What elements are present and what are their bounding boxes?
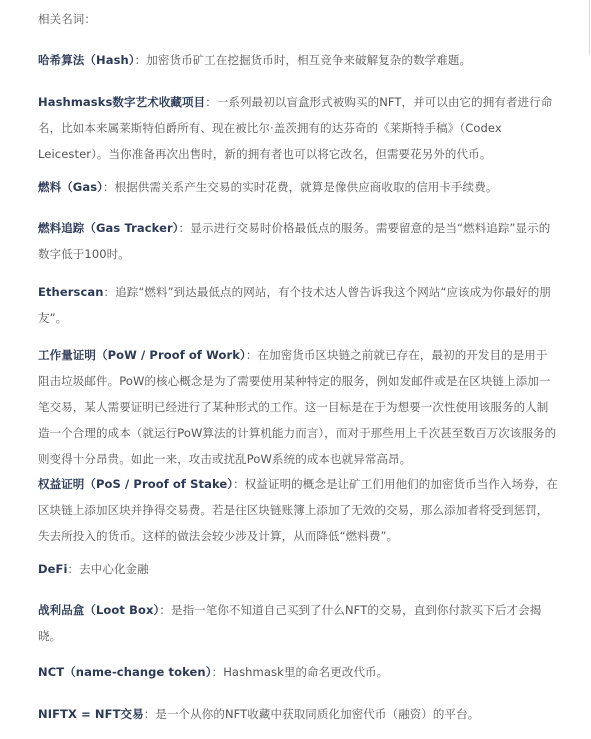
glossary-entry-etherscan: Etherscan：追踪“燃料”到达最低点的网站，有个技术达人曾告诉我这个网站“… bbox=[38, 279, 558, 331]
definition: 在加密货币区块链之前就已存在，最初的开发目的是用于阻击垃圾邮件。PoW的核心概念… bbox=[38, 348, 556, 466]
glossary-entry-pos: 权益证明（PoS / Proof of Stake）：权益证明的概念是让矿工们用… bbox=[38, 471, 558, 549]
definition: 去中心化金融 bbox=[79, 562, 149, 576]
glossary-entry-hashmasks: Hashmasks数字艺术收藏项目：一系列最初以盲盒形式被购买的NFT，并可以由… bbox=[38, 89, 558, 167]
term: Hashmasks数字艺术收藏项目 bbox=[38, 95, 205, 109]
definition: 是一个从你的NFT收藏中获取同质化加密代币（融资）的平台。 bbox=[155, 707, 479, 721]
term: DeFi bbox=[38, 562, 68, 576]
term: NCT（name-change token） bbox=[38, 665, 212, 679]
definition: 追踪“燃料”到达最低点的网站，有个技术达人曾告诉我这个网站“应该成为你最好的朋友… bbox=[38, 285, 551, 325]
definition: Hashmask里的命名更改代币。 bbox=[223, 665, 388, 679]
term: 权益证明（PoS / Proof of Stake） bbox=[38, 477, 233, 491]
glossary-entry-hash: 哈希算法（Hash）：加密货币矿工在挖掘货币时，相互竞争来破解复杂的数学难题。 bbox=[38, 47, 558, 73]
term: Etherscan bbox=[38, 285, 104, 299]
term: 哈希算法（Hash） bbox=[38, 53, 135, 67]
glossary-entry-loot-box: 战利品盒（Loot Box）：是指一笔你不知道自己买到了什么NFT的交易，直到你… bbox=[38, 597, 558, 649]
term: 战利品盒（Loot Box） bbox=[38, 603, 159, 617]
glossary-entry-gas: 燃料（Gas）：根据供需关系产生交易的实时花费，就算是像供应商收取的信用卡手续费… bbox=[38, 174, 558, 200]
definition: 加密货币矿工在挖掘货币时，相互竞争来破解复杂的数学难题。 bbox=[146, 53, 471, 67]
term: 工作量证明（PoW / Proof of Work） bbox=[38, 348, 246, 362]
glossary-entry-gas-tracker: 燃料追踪（Gas Tracker）：显示进行交易时价格最低点的服务。需要留意的是… bbox=[38, 215, 558, 267]
definition: 根据供需关系产生交易的实时花费，就算是像供应商收取的信用卡手续费。 bbox=[115, 180, 498, 194]
glossary-entry-pow: 工作量证明（PoW / Proof of Work）：在加密货币区块链之前就已存… bbox=[38, 342, 558, 472]
scrollbar-edge-line bbox=[589, 0, 590, 55]
section-heading: 相关名词： bbox=[38, 6, 558, 32]
term: 燃料（Gas） bbox=[38, 180, 103, 194]
term: 燃料追踪（Gas Tracker） bbox=[38, 221, 179, 235]
glossary-entry-defi: DeFi：去中心化金融 bbox=[38, 556, 558, 582]
glossary-entry-niftx: NIFTX = NFT交易：是一个从你的NFT收藏中获取同质化加密代币（融资）的… bbox=[38, 701, 558, 727]
term: NIFTX = NFT交易 bbox=[38, 707, 144, 721]
glossary-entry-nct: NCT（name-change token）：Hashmask里的命名更改代币。 bbox=[38, 659, 558, 685]
